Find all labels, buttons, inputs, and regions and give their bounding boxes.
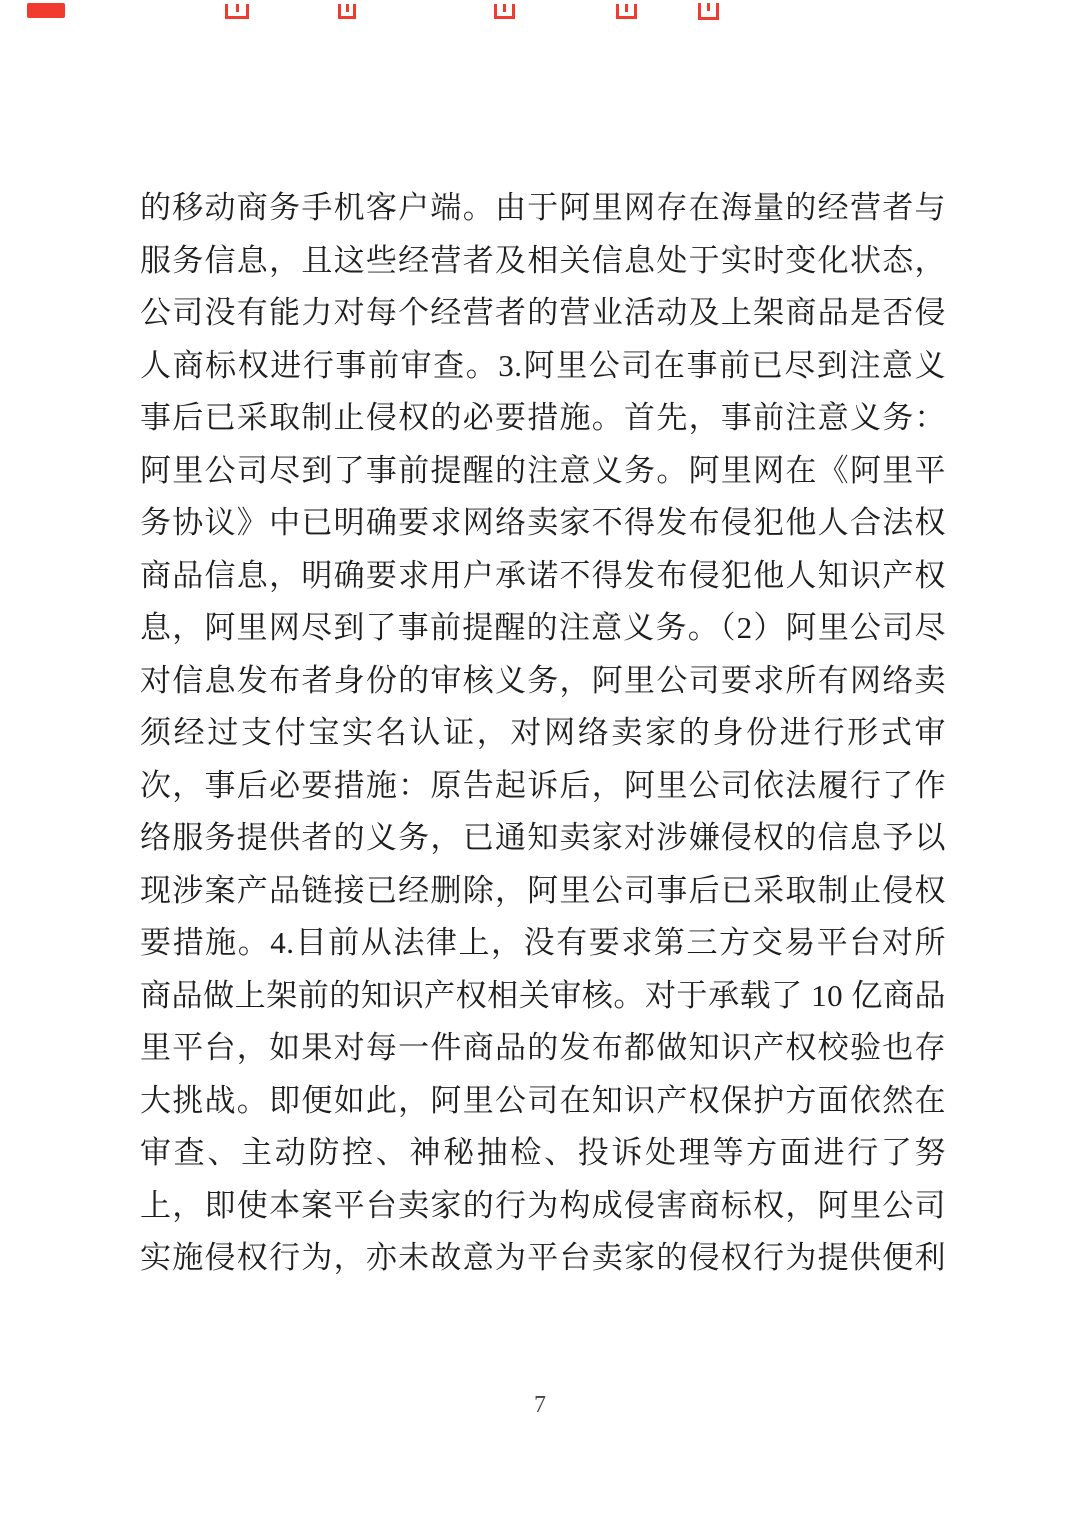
text-line: 务协议》中已明确要求网络卖家不得发布侵犯他人合法权益的	[140, 497, 946, 550]
text-line: 实施侵权行为，亦未故意为平台卖家的侵权行为提供便利条件，	[140, 1232, 946, 1285]
text-line: 公司没有能力对每个经营者的营业活动及上架商品是否侵害他	[140, 287, 946, 340]
text-line: 对信息发布者身份的审核义务，阿里公司要求所有网络卖家必	[140, 655, 946, 708]
red-stamp-fragment	[494, 4, 515, 19]
text-line: 大挑战。即便如此，阿里公司在知识产权保护方面依然在资格	[140, 1075, 946, 1128]
text-line: 要措施。4.目前从法律上，没有要求第三方交易平台对所有上架	[140, 917, 946, 970]
text-line: 人商标权进行事前审查。3.阿里公司在事前已尽到注意义务，在	[140, 340, 946, 393]
text-line: 上，即使本案平台卖家的行为构成侵害商标权，阿里公司没有	[140, 1180, 946, 1233]
text-line: 息，阿里网尽到了事前提醒的注意义务。（2）阿里公司尽到了	[140, 602, 946, 655]
red-stamp-block	[27, 3, 65, 18]
document-page: 的移动商务手机客户端。由于阿里网存在海量的经营者与商品、 服务信息，且这些经营者…	[0, 0, 1080, 1527]
text-line: 里平台，如果对每一件商品的发布都做知识产权校验也存在巨	[140, 1022, 946, 1075]
text-line: 阿里公司尽到了事前提醒的注意义务。阿里网在《阿里平台服	[140, 445, 946, 498]
text-line: 服务信息，且这些经营者及相关信息处于实时变化状态，阿里	[140, 235, 946, 288]
text-line: 络服务提供者的义务，已通知卖家对涉嫌侵权的信息予以删除，	[140, 812, 946, 865]
text-line: 审查、主动防控、神秘抽检、投诉处理等方面进行了努力。综	[140, 1127, 946, 1180]
text-line: 次，事后必要措施：原告起诉后，阿里公司依法履行了作为网	[140, 760, 946, 813]
text-line: 的移动商务手机客户端。由于阿里网存在海量的经营者与商品、	[140, 182, 946, 235]
text-line: 商品做上架前的知识产权相关审核。对于承载了 10 亿商品的阿	[140, 970, 946, 1023]
text-line: 现涉案产品链接已经删除，阿里公司事后已采取制止侵权的必	[140, 865, 946, 918]
red-stamp-fragment	[225, 4, 249, 19]
page-number: 7	[0, 1392, 1080, 1419]
red-stamp-fragment	[698, 3, 719, 20]
text-line: 商品信息，明确要求用户承诺不得发布侵犯他人知识产权的信	[140, 550, 946, 603]
red-stamp-fragment	[616, 4, 637, 19]
text-line: 事后已采取制止侵权的必要措施。首先，事前注意义务：（1）	[140, 392, 946, 445]
document-body: 的移动商务手机客户端。由于阿里网存在海量的经营者与商品、 服务信息，且这些经营者…	[140, 182, 946, 1285]
text-line: 须经过支付宝实名认证，对网络卖家的身份进行形式审核。其	[140, 707, 946, 760]
red-stamp-fragment	[338, 4, 356, 19]
red-stamp-row	[0, 0, 1080, 22]
